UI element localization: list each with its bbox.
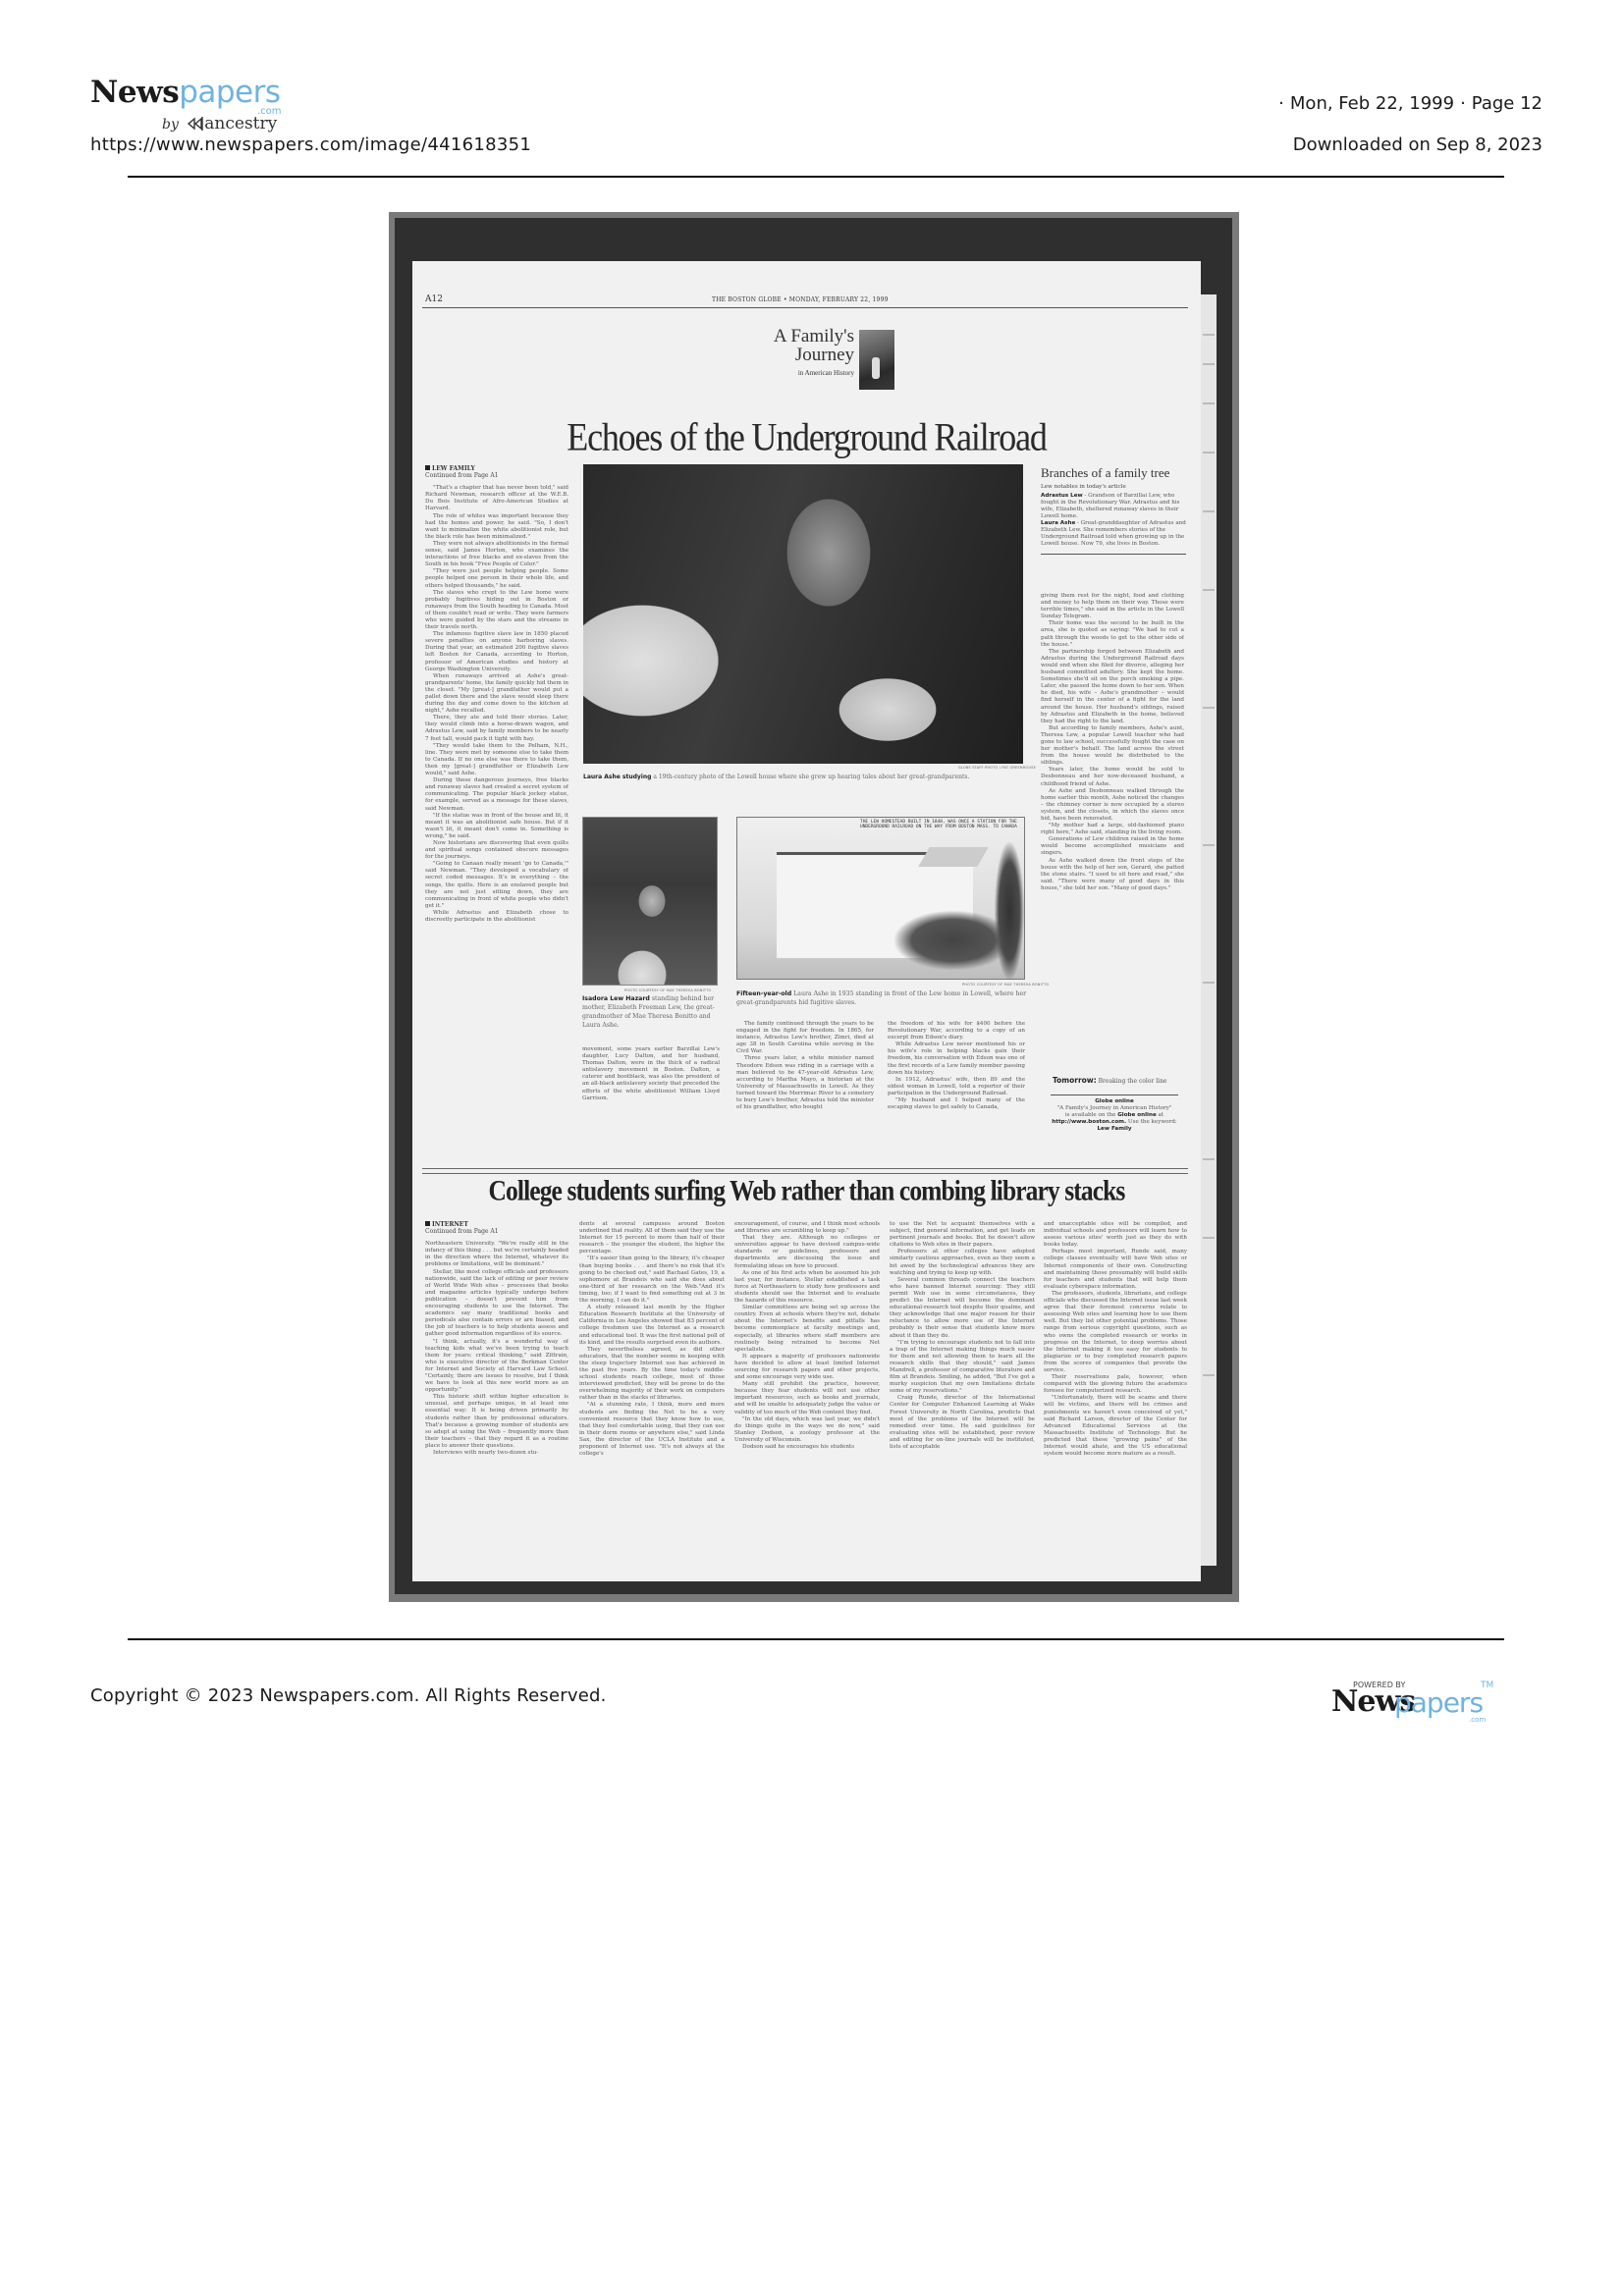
series-title-line2: Journey (795, 345, 854, 366)
article2-column-4: to use the Net to acquaint themselves wi… (890, 1221, 1035, 1575)
article2-column-2: dents at several campuses around Boston … (579, 1221, 725, 1575)
caption-house: Fifteen-year-old Laura Ashe in 1935 stan… (736, 989, 1027, 1007)
footer-divider (128, 1638, 1504, 1640)
article2-column-3: encouragement, of course, and I think mo… (734, 1221, 880, 1575)
page-number: Page 12 (1472, 93, 1542, 114)
separator: · (1460, 93, 1466, 114)
series-subtitle: in American History (798, 369, 854, 377)
dateline-rule (422, 307, 1188, 308)
sidebar-entry: Laura Ashe - Great-granddaughter of Adra… (1041, 520, 1186, 548)
article1-column-4: the freedom of his wife for $400 before … (888, 1021, 1025, 1162)
article1-kicker: LEW FAMILY (425, 465, 568, 472)
online-url: http://www.boston.com. (1052, 1119, 1126, 1125)
logo-ancestry: ancestry (204, 114, 277, 133)
caption-two: Isadora Lew Hazard standing behind her m… (582, 994, 720, 1030)
publication-date: Mon, Feb 22, 1999 (1290, 93, 1454, 114)
photo-credit-two: PHOTO COURTESY OF MAE THERESA BONITTO (624, 988, 711, 992)
photo-isadora-lew-hazard (582, 817, 718, 986)
headline-college-students: College students surfing Web rather than… (412, 1173, 1201, 1207)
separator: · (1278, 93, 1284, 114)
logo-brand-dark: News (90, 75, 179, 110)
article1-column-3: The family continued through the years t… (736, 1021, 874, 1162)
tomorrow-teaser: Tomorrow: Breaking the color line (1053, 1076, 1166, 1085)
handwritten-note: THE LEW HOMESTEAD BUILT IN 1848, WAS ONC… (860, 820, 1022, 829)
powered-by-newspapers-logo[interactable]: POWERED BY News papers TM .com (1331, 1681, 1508, 1725)
adjacent-page-edge (1201, 294, 1217, 1566)
globe-online-box: Globe online "A Family's Journey in Amer… (1051, 1095, 1178, 1133)
article2-column-1: INTERNET Continued from Page A1 Northeas… (425, 1221, 568, 1575)
sidebar-subtitle: Lew notables in today's article (1041, 484, 1186, 490)
article1-continued: Continued from Page A1 (425, 472, 568, 479)
page-folio: A12 (425, 294, 443, 304)
photo-lew-homestead: THE LEW HOMESTEAD BUILT IN 1848, WAS ONC… (736, 817, 1025, 980)
sidebar-family-tree: Branches of a family tree Lew notables i… (1041, 465, 1186, 561)
header-divider (128, 176, 1504, 178)
caption-main: Laura Ashe studying a 19th-century photo… (583, 774, 1035, 781)
download-date: Downloaded on Sep 8, 2023 (1293, 134, 1542, 155)
photo-laura-ashe-studying (583, 464, 1023, 764)
article1-column-5: giving them rest for the night, food and… (1041, 593, 1184, 1066)
online-title: Globe online (1095, 1098, 1134, 1104)
sidebar-title: Branches of a family tree (1041, 465, 1186, 481)
footer-tld: .com (1469, 1716, 1486, 1724)
source-line: The Boston Globe (Boston, Massachusetts)… (1272, 93, 1542, 114)
article2-column-5: and unacceptable sites will be compiled,… (1044, 1221, 1187, 1575)
series-title-line1: A Family's (774, 328, 854, 346)
dateline: THE BOSTON GLOBE • MONDAY, FEBRUARY 22, … (712, 296, 889, 303)
series-portrait-image (859, 330, 894, 390)
headline-underground-railroad: Echoes of the Underground Railroad (412, 413, 1201, 459)
newspaper-page[interactable]: A12 THE BOSTON GLOBE • MONDAY, FEBRUARY … (412, 261, 1201, 1581)
logo-by: by (162, 117, 179, 133)
sidebar-entry: Adrastus Lew - Grandson of Barzillai Lew… (1041, 493, 1186, 520)
image-url[interactable]: https://www.newspapers.com/image/4416183… (90, 134, 531, 155)
article2-continued: Continued from Page A1 (425, 1228, 568, 1235)
logo-brand-light: papers (179, 75, 280, 110)
ancestry-leaf-icon (188, 117, 203, 131)
photo-credit-main: GLOBE STAFF PHOTO / PAT GREENHOUSE (958, 766, 1036, 770)
trademark: TM (1481, 1681, 1493, 1690)
article2-kicker: INTERNET (425, 1221, 568, 1228)
article1-column-2: movement, some years earlier Barzillai L… (582, 1046, 720, 1162)
logo-by-ancestry: by ancestry (162, 114, 277, 133)
sidebar-rule (1041, 554, 1186, 555)
article1-column-1: LEW FAMILY Continued from Page A1 "That'… (425, 465, 568, 1054)
series-logo: A Family's Journey in American History (731, 328, 928, 397)
newspapers-logo[interactable]: Newspapers .com by ancestry (90, 75, 306, 133)
copyright-text: Copyright © 2023 Newspapers.com. All Rig… (90, 1685, 607, 1706)
footer-brand-light: papers (1394, 1686, 1483, 1719)
photo-credit-house: PHOTO COURTESY OF MAE THERESA BONITTO (962, 983, 1049, 987)
